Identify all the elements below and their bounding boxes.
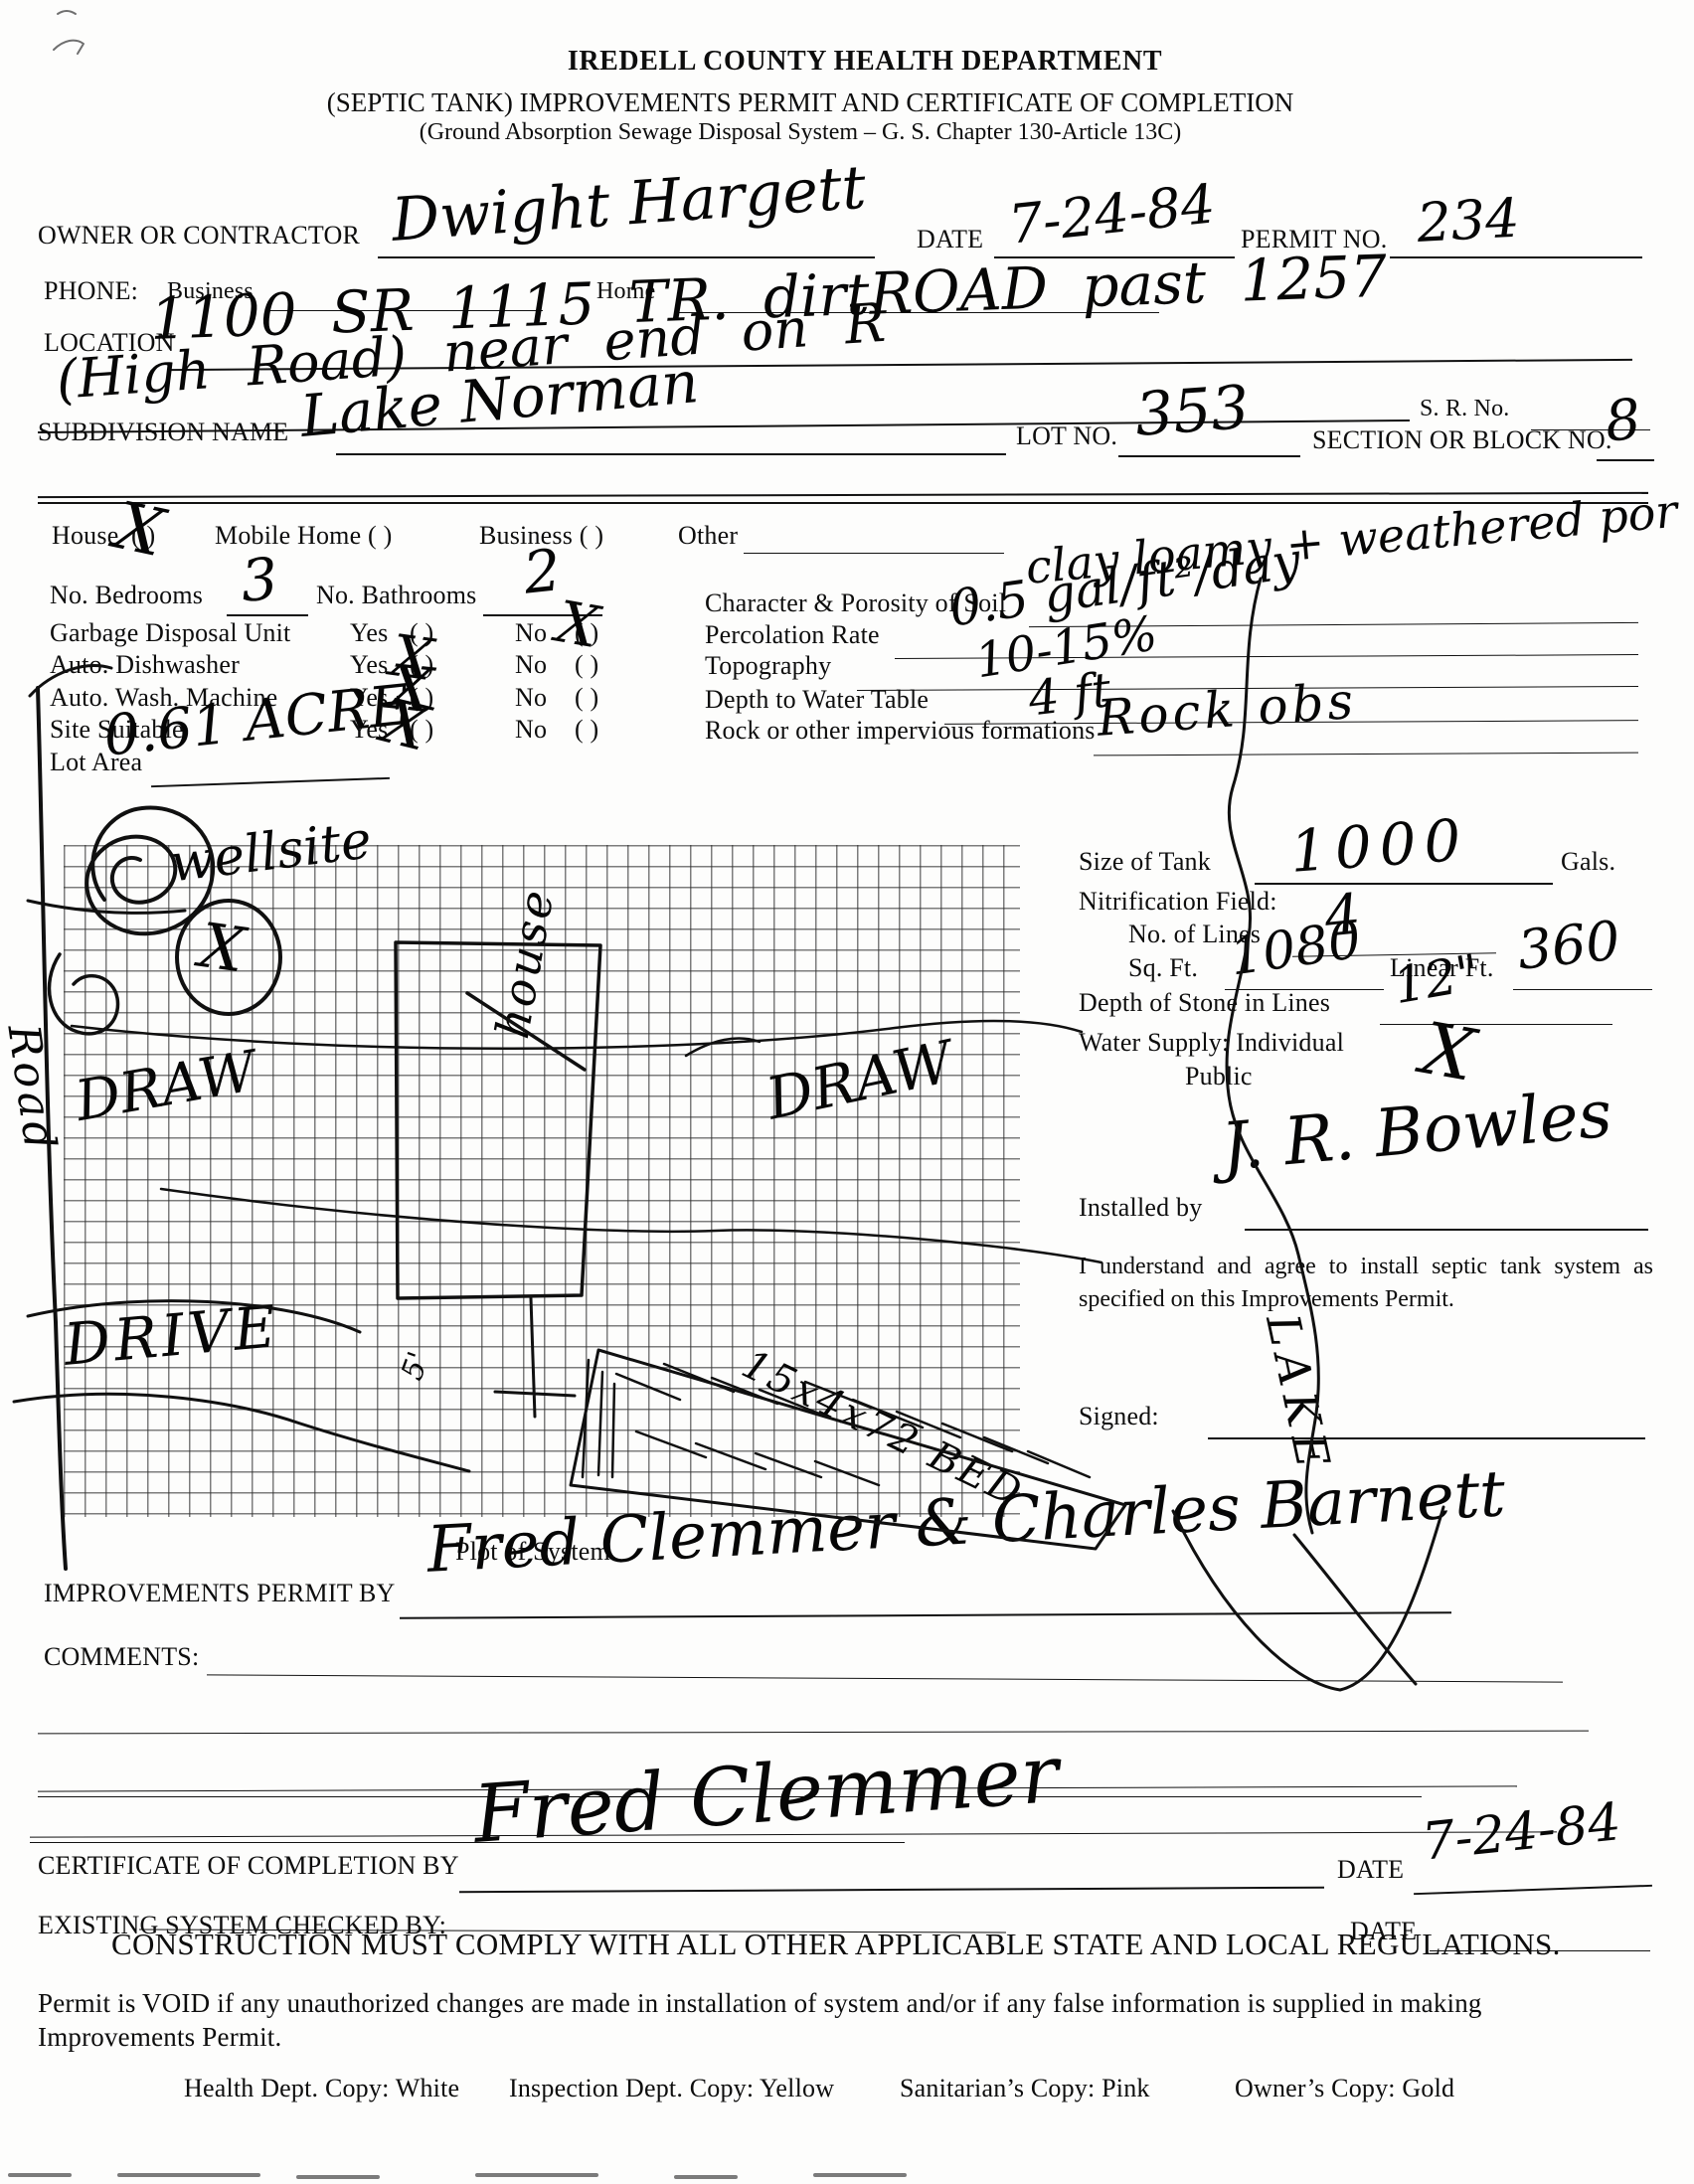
separator-rule-a <box>38 492 1648 498</box>
section-label: SECTION OR BLOCK NO. <box>1312 425 1612 455</box>
installed-by-line <box>1245 1229 1648 1231</box>
installed-by-value: J. R. Bowles <box>1219 1082 1614 1181</box>
comments-line <box>207 1674 1563 1682</box>
type-other-label: Other <box>678 521 738 551</box>
soil-row-label: Rock or other impervious formations <box>705 716 1096 746</box>
date-label: DATE <box>917 225 983 254</box>
scan-noise-bottom <box>10 2175 905 2177</box>
certificate-line <box>459 1887 1324 1894</box>
no-label: No <box>515 618 547 648</box>
soil-row-line <box>1094 753 1638 756</box>
permit-by-label: IMPROVEMENTS PERMIT BY <box>44 1579 396 1608</box>
copy-note: Owner’s Copy: Gold <box>1235 2074 1454 2103</box>
copy-note: Inspection Dept. Copy: Yellow <box>509 2074 834 2103</box>
date-value: 7-24-84 <box>1006 177 1218 252</box>
subdivision-line <box>336 453 1006 455</box>
section-line <box>1597 459 1654 461</box>
cert-rule-b <box>30 1842 905 1843</box>
bathrooms-label: No. Bathrooms <box>316 581 476 610</box>
no-label: No <box>515 683 547 713</box>
type-house-mark: X <box>109 493 169 567</box>
compliance-text: CONSTRUCTION MUST COMPLY WITH ALL OTHER … <box>111 1927 1561 1962</box>
certificate-label: CERTIFICATE OF COMPLETION BY <box>38 1851 459 1881</box>
sr-no-label: S. R. No. <box>1420 396 1510 422</box>
page-subtitle-2: (Ground Absorption Sewage Disposal Syste… <box>0 119 1601 146</box>
lot-area-line <box>151 777 390 787</box>
void-text-line1: Permit is VOID if any unauthorized chang… <box>38 1988 1482 2019</box>
yes-label: Yes <box>350 618 388 648</box>
bathrooms-value: 2 <box>521 541 564 602</box>
lot-no-line <box>1118 455 1300 457</box>
tank-gals-label: Gals. <box>1561 847 1615 877</box>
linear-line <box>1513 989 1652 990</box>
type-house-label: House <box>52 521 118 551</box>
plot-road-label: Road <box>0 1022 62 1156</box>
installed-by-label: Installed by <box>1079 1193 1202 1223</box>
soil-row-value: Rock obs <box>1096 676 1359 744</box>
bedrooms-value: 3 <box>239 550 280 610</box>
signed-label: Signed: <box>1079 1402 1159 1431</box>
page-subtitle-1: (SEPTIC TANK) IMPROVEMENTS PERMIT AND CE… <box>0 87 1620 118</box>
phone-label: PHONE: <box>44 276 138 306</box>
sqft-value: 1080 <box>1227 915 1364 984</box>
soil-row-label: Percolation Rate <box>705 620 880 650</box>
stone-label: Depth of Stone in Lines <box>1079 988 1330 1018</box>
void-text-line2: Improvements Permit. <box>38 2022 281 2053</box>
subdivision-label: SUBDIVISION NAME <box>38 418 288 447</box>
no-label: No <box>515 715 547 745</box>
type-mobile-label: Mobile Home ( ) <box>215 521 392 551</box>
copy-note: Health Dept. Copy: White <box>184 2074 459 2103</box>
permit-form-scan: IREDELL COUNTY HEALTH DEPARTMENT (SEPTIC… <box>0 0 1694 2184</box>
permit-by-line <box>400 1611 1451 1619</box>
no-label: No <box>515 650 547 680</box>
bedrooms-label: No. Bedrooms <box>50 581 203 610</box>
separator-rule-b <box>38 502 1648 504</box>
bedrooms-line <box>227 614 308 616</box>
page-title: IREDELL COUNTY HEALTH DEPARTMENT <box>89 46 1640 78</box>
type-other-line <box>744 553 1004 554</box>
lot-no-value: 353 <box>1133 378 1251 445</box>
copy-note: Sanitarian’s Copy: Pink <box>900 2074 1150 2103</box>
nitrification-label: Nitrification Field: <box>1079 887 1277 917</box>
no-paren: ( ) <box>575 650 598 680</box>
tank-size-value: 1000 <box>1288 810 1470 880</box>
water-supply-label: Water Supply: Individual <box>1079 1028 1344 1058</box>
soil-row-label: Topography <box>705 651 831 681</box>
no-paren: ( ) <box>575 683 598 713</box>
scan-noise-top <box>54 11 84 54</box>
plot-drive-label: DRIVE <box>62 1297 282 1374</box>
permit-no-line <box>1390 256 1642 258</box>
comments-label: COMMENTS: <box>44 1642 199 1672</box>
linear-value: 360 <box>1515 914 1622 977</box>
agreement-text: I understand and agree to install septic… <box>1079 1251 1653 1316</box>
certificate-date-label: DATE <box>1337 1855 1404 1885</box>
section-value: 8 <box>1603 392 1643 450</box>
owner-line <box>378 256 875 258</box>
checklist-row-label: Garbage Disposal Unit <box>50 618 290 648</box>
water-supply-mark: X <box>1417 1012 1479 1092</box>
certificate-date-line <box>1414 1885 1652 1895</box>
certificate-date-value: 7-24-84 <box>1420 1796 1623 1869</box>
tank-size-label: Size of Tank <box>1079 847 1211 877</box>
public-label: Public <box>1185 1062 1253 1092</box>
stone-line <box>1380 1024 1612 1025</box>
signed-line <box>1208 1437 1645 1439</box>
stone-value: 12" <box>1390 947 1483 1011</box>
permit-no-value: 234 <box>1416 192 1521 251</box>
certificate-value: Fred Clemmer <box>471 1735 1061 1855</box>
blank-line-1 <box>38 1731 1589 1735</box>
sqft-label: Sq. Ft. <box>1128 953 1198 983</box>
no-paren: ( ) <box>575 715 598 745</box>
owner-value: Dwight Hargett <box>390 158 868 251</box>
plot-well-x-mark: X <box>196 915 248 982</box>
plot-lake-label: LAKE <box>1260 1310 1338 1479</box>
lot-no-label: LOT NO. <box>1016 421 1117 451</box>
checklist-row-label: Auto. Dishwasher <box>50 650 240 680</box>
owner-label: OWNER OR CONTRACTOR <box>38 221 360 251</box>
signature-flourish-2 <box>1294 1535 1416 1684</box>
soil-row-label: Depth to Water Table <box>705 685 929 715</box>
